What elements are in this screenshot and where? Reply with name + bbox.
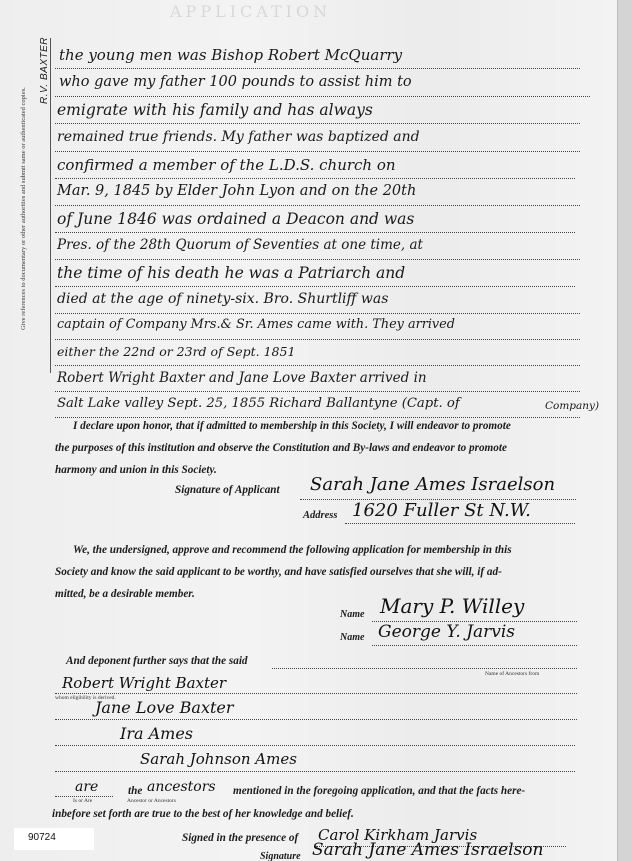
- document-page: APPLICATION Give references to documenta…: [0, 0, 617, 861]
- is-are-value: are: [75, 779, 98, 795]
- recommender-name: Mary P. Willey: [380, 594, 524, 618]
- margin-handwritten-name: R.V. BAXTER: [39, 37, 50, 104]
- ancestor-names-caption: Name of Ancestors from: [485, 671, 539, 677]
- recommendation-text: We, the undersigned, approve and recomme…: [73, 544, 512, 556]
- recommender-name: George Y. Jarvis: [378, 622, 515, 642]
- ancestor-line: [55, 744, 575, 746]
- ancestor-name: Sarah Johnson Ames: [140, 750, 297, 768]
- is-are-caption: Is or Are: [73, 798, 92, 804]
- ancestor-line: [55, 770, 575, 772]
- narrative-line: remained true friends. My father was bap…: [55, 127, 580, 152]
- document-number-stamp: 90724: [14, 828, 94, 850]
- closing-text: mentioned in the foregoing application, …: [233, 785, 525, 797]
- narrative-line: Mar. 9, 1845 by Elder John Lyon and on t…: [55, 181, 580, 206]
- address-value: 1620 Fuller St N.W.: [352, 500, 531, 521]
- recommendation-text: Society and know the said applicant to b…: [55, 566, 502, 578]
- final-signature-label: Signature: [260, 851, 301, 861]
- narrative-line: died at the age of ninety-six. Bro. Shur…: [55, 289, 580, 314]
- applicant-signature-label: Signature of Applicant: [175, 484, 280, 496]
- address-label: Address: [303, 510, 337, 521]
- final-signature: Sarah Jane Ames Israelson: [312, 840, 543, 860]
- document-number: 90724: [28, 832, 56, 843]
- narrative-line: Robert Wright Baxter and Jane Love Baxte…: [55, 367, 580, 392]
- narrative-line-continuation: Company): [545, 400, 599, 412]
- declaration-text: harmony and union in this Society.: [55, 464, 217, 476]
- ancestor-caption: Ancestor or Ancestors: [127, 798, 176, 804]
- declaration-text: the purposes of this institution and obs…: [55, 442, 507, 454]
- margin-rule: [50, 38, 51, 373]
- is-are-line: [55, 795, 113, 797]
- the-word: the: [128, 785, 142, 797]
- narrative-line: who gave my father 100 pounds to assist …: [55, 72, 590, 97]
- narrative-line: confirmed a member of the L.D.S. church …: [55, 154, 575, 179]
- narrative-line: captain of Company Mrs.& Sr. Ames came w…: [55, 315, 580, 340]
- recommender-name-label: Name: [340, 609, 364, 620]
- ancestor-name: Ira Ames: [120, 724, 193, 743]
- applicant-signature: Sarah Jane Ames Israelson: [310, 474, 555, 495]
- scan-edge: [617, 0, 631, 861]
- recommender-name-line: [372, 644, 577, 646]
- ancestor-line: [55, 692, 577, 694]
- narrative-line: of June 1846 was ordained a Deacon and w…: [55, 208, 575, 233]
- ancestor-line: [55, 718, 577, 720]
- narrative-line: Salt Lake valley Sept. 25, 1855 Richard …: [55, 393, 580, 418]
- witness-label: Signed in the presence of: [182, 832, 298, 844]
- recommender-name-label: Name: [340, 632, 364, 643]
- bleed-through-text: APPLICATION: [170, 2, 470, 22]
- margin-instruction: Give references to documentary or other …: [20, 30, 28, 330]
- ancestor-value: ancestors: [147, 779, 216, 795]
- deponent-intro: And deponent further says that the said: [66, 655, 248, 667]
- narrative-line: the young men was Bishop Robert McQuarry: [55, 44, 580, 69]
- narrative-line: Pres. of the 28th Quorum of Seventies at…: [55, 235, 580, 260]
- address-line: [345, 522, 575, 524]
- recommendation-text: mitted, be a desirable member.: [55, 588, 195, 600]
- deponent-line: [272, 667, 577, 669]
- narrative-line: either the 22nd or 23rd of Sept. 1851: [55, 341, 580, 366]
- narrative-line: emigrate with his family and has always: [55, 99, 580, 124]
- declaration-text: I declare upon honor, that if admitted t…: [73, 420, 511, 432]
- ancestor-name: Robert Wright Baxter: [62, 674, 226, 692]
- closing-text: inbefore set forth are true to the best …: [52, 808, 354, 820]
- ancestor-name: Jane Love Baxter: [95, 698, 234, 717]
- narrative-line: the time of his death he was a Patriarch…: [55, 262, 575, 287]
